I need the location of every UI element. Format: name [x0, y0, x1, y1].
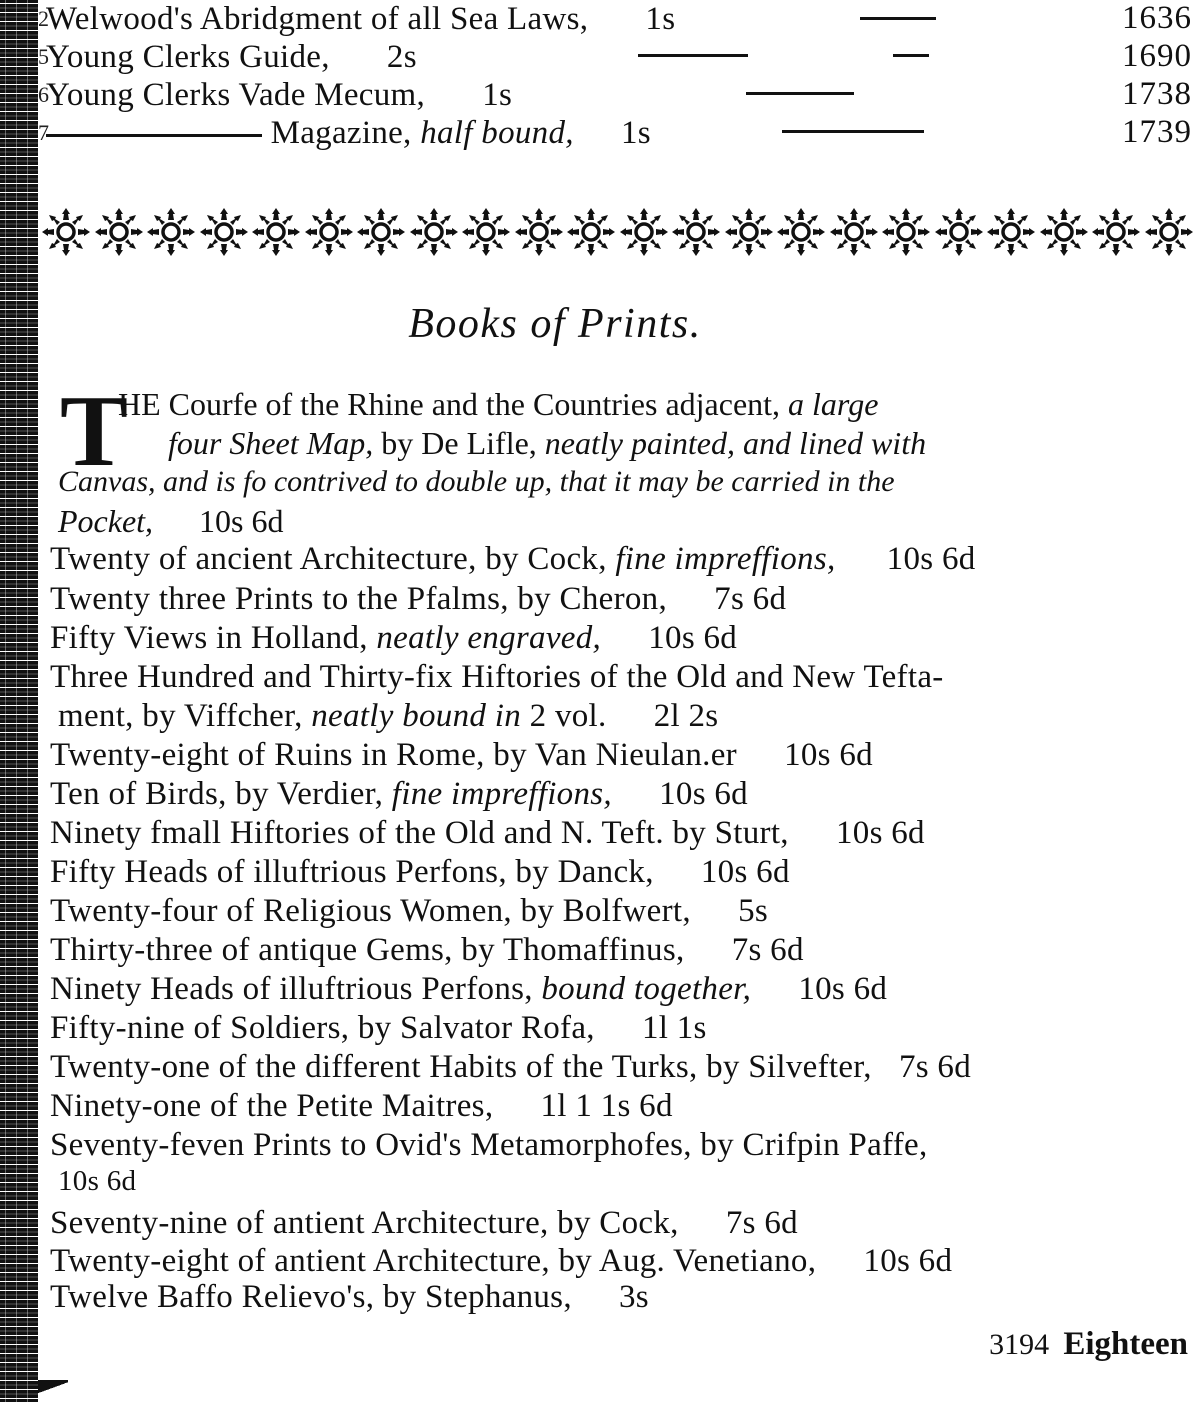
entry-text: Twenty-four of Religious Women, by Bolfw…	[50, 893, 691, 929]
entry-text: Fifty Views in Holland,	[50, 620, 368, 656]
entry-note: neatly engraved,	[376, 620, 601, 656]
item-title: Young Clerks Guide,	[46, 39, 330, 75]
item-price: 2s	[387, 39, 417, 75]
item-price: 1s	[645, 1, 675, 37]
entry-note: fine impreffions,	[615, 541, 835, 577]
entry-price: 10s 6d	[798, 971, 887, 1007]
entry-text: 2 vol.	[530, 698, 607, 734]
entry-price: 5s	[738, 893, 768, 929]
item-note: half bound,	[420, 115, 574, 151]
entry-price: 10s 6d	[659, 776, 748, 812]
flower-ornament-icon	[1143, 206, 1195, 258]
section-heading: Books of Prints.	[0, 300, 1110, 348]
catalog-entry: Fifty Heads of illuftrious Perfons, by D…	[50, 853, 790, 891]
entry-text: Seventy-feven Prints to Ovid's Metamorph…	[50, 1127, 928, 1163]
book-spine-gutter	[0, 0, 38, 1402]
entry-text: Three Hundred and Thirty-fix Hiftories o…	[50, 659, 944, 695]
item-year: 1636	[1122, 0, 1192, 37]
catalog-entry: Twenty three Prints to the Pfalms, by Ch…	[50, 580, 786, 618]
entry-note: fine impreffions,	[392, 776, 612, 812]
entry-price: 7s 6d	[899, 1049, 971, 1085]
entry-note: a large	[788, 386, 878, 422]
flower-ornament-icon	[828, 206, 880, 258]
flower-ornament-icon	[145, 206, 197, 258]
entry-text: Fifty Heads of illuftrious Perfons, by D…	[50, 854, 654, 890]
entry-price: 10s 6d	[887, 541, 976, 577]
flower-ornament-icon	[933, 206, 985, 258]
flower-ornament-icon	[1090, 206, 1142, 258]
list-item: Young Clerks Vade Mecum, 1s	[46, 76, 512, 114]
flower-ornament-icon	[670, 206, 722, 258]
catalog-entry: Twenty-eight of Ruins in Rome, by Van Ni…	[50, 736, 873, 774]
entry-text: Ten of Birds, by Verdier,	[50, 776, 383, 812]
flower-ornament-icon	[460, 206, 512, 258]
flower-ornament-icon	[408, 206, 460, 258]
catalog-entry: Thirty-three of antique Gems, by Thomaff…	[50, 931, 804, 969]
list-item: Welwood's Abridgment of all Sea Laws, 1s	[46, 0, 675, 38]
catalog-entry: Seventy-feven Prints to Ovid's Metamorph…	[50, 1126, 928, 1164]
item-title: Magazine,	[271, 115, 412, 151]
entry-text: HE Courfe of the Rhine and the Countries…	[118, 386, 780, 422]
signature-number: 3194	[989, 1328, 1049, 1361]
flower-ornament-icon	[985, 206, 1037, 258]
entry-note: four Sheet Map,	[168, 425, 373, 461]
entry-note: neatly painted, and lined with	[545, 425, 926, 461]
entry-text: Ninety Heads of illuftrious Perfons,	[50, 971, 533, 1007]
catalog-entry: Seventy-nine of antient Architecture, by…	[50, 1204, 798, 1242]
catalog-entry: Twenty-four of Religious Women, by Bolfw…	[50, 892, 768, 930]
page-catchword: 3194 Eighteen	[989, 1326, 1188, 1363]
entry-note: bound together,	[541, 971, 751, 1007]
entry-text: Twenty-eight of Ruins in Rome, by Van Ni…	[50, 737, 737, 773]
entry-text: Twenty-one of the different Habits of th…	[50, 1049, 872, 1085]
entry-text: Twelve Baffo Relievo's, by Stephanus,	[50, 1279, 572, 1315]
flower-ornament-icon	[93, 206, 145, 258]
flower-ornament-icon	[775, 206, 827, 258]
entry-price: 10s 6d	[199, 503, 283, 539]
flower-ornament-icon	[880, 206, 932, 258]
item-title: Welwood's Abridgment of all Sea Laws,	[46, 1, 588, 37]
entry-price: 10s 6d	[701, 854, 790, 890]
item-year: 1738	[1122, 76, 1192, 113]
entry-price: 7s 6d	[714, 581, 786, 617]
flower-ornament-icon	[303, 206, 355, 258]
entry-price: 3s	[619, 1279, 649, 1315]
entry-price: 10s 6d	[836, 815, 925, 851]
catalog-entry: Three Hundred and Thirty-fix Hiftories o…	[50, 658, 944, 696]
flower-ornament-icon	[250, 206, 302, 258]
entry-line: four Sheet Map, by De Lifle, neatly pain…	[168, 424, 926, 462]
entry-text: Thirty-three of antique Gems, by Thomaff…	[50, 932, 685, 968]
flower-ornament-icon	[40, 206, 92, 258]
catalog-entry-continued: ment, by Viffcher, neatly bound in 2 vol…	[58, 697, 718, 735]
flower-ornament-icon	[1038, 206, 1090, 258]
entry-note: Pocket,	[58, 503, 153, 539]
entry-text: Ninety fmall Hiftories of the Old and N.…	[50, 815, 789, 851]
item-title: Young Clerks Vade Mecum,	[46, 77, 425, 113]
flower-ornament-icon	[618, 206, 670, 258]
list-item: Magazine, half bound, 1s	[46, 114, 651, 152]
ditto-dash	[860, 17, 936, 20]
entry-text: Twenty of ancient Architecture, by Cock,	[50, 541, 607, 577]
ditto-dash	[46, 134, 262, 137]
entry-note: neatly bound in	[311, 698, 521, 734]
catalog-entry: Ninety Heads of illuftrious Perfons, bou…	[50, 970, 887, 1008]
ditto-dash	[782, 130, 924, 133]
flower-ornament-icon	[723, 206, 775, 258]
entry-price: 2l 2s	[654, 698, 719, 734]
entry-line: Pocket, 10s 6d	[58, 502, 284, 540]
flower-ornament-icon	[198, 206, 250, 258]
catalog-entry: Fifty Views in Holland, neatly engraved,…	[50, 619, 737, 657]
list-item: Young Clerks Guide, 2s	[46, 38, 417, 76]
flower-ornament-icon	[513, 206, 565, 258]
catalog-entry: Twelve Baffo Relievo's, by Stephanus, 3s	[50, 1278, 649, 1316]
catalog-entry: Twenty of ancient Architecture, by Cock,…	[50, 540, 976, 578]
entry-text: Fifty-nine of Soldiers, by Salvator Rofa…	[50, 1010, 595, 1046]
catalog-entry: Fifty-nine of Soldiers, by Salvator Rofa…	[50, 1009, 707, 1047]
entry-text: Twenty-eight of antient Architecture, by…	[50, 1243, 816, 1279]
entry-line: HE Courfe of the Rhine and the Countries…	[118, 385, 878, 423]
entry-price: 7s 6d	[732, 932, 804, 968]
catch-word: Eighteen	[1063, 1326, 1188, 1362]
item-price: 1s	[621, 115, 651, 151]
item-year: 1739	[1122, 114, 1192, 151]
catalog-entry-continued: 10s 6d	[58, 1162, 136, 1200]
catalog-entry: Twenty-one of the different Habits of th…	[50, 1048, 971, 1086]
decorative-ornament-border	[40, 204, 1190, 260]
entry-price: 1l 1 1s 6d	[541, 1088, 673, 1124]
spine-foot-shadow	[38, 1380, 68, 1402]
entry-text: Ninety-one of the Petite Maitres,	[50, 1088, 493, 1124]
entry-price: 10s 6d	[784, 737, 873, 773]
entry-line: Canvas, and is fo contrived to double up…	[58, 463, 895, 501]
item-year: 1690	[1122, 38, 1192, 75]
catalog-entry: Ninety fmall Hiftories of the Old and N.…	[50, 814, 925, 852]
entry-text: ment, by Viffcher,	[58, 698, 303, 734]
item-price: 1s	[482, 77, 512, 113]
entry-price: 10s 6d	[863, 1243, 952, 1279]
ditto-dash	[638, 54, 748, 57]
entry-text: Seventy-nine of antient Architecture, by…	[50, 1205, 679, 1241]
catalog-entry: Twenty-eight of antient Architecture, by…	[50, 1242, 952, 1280]
catalog-entry: Ten of Birds, by Verdier, fine impreffio…	[50, 775, 748, 813]
ditto-dash	[746, 92, 854, 95]
flower-ornament-icon	[565, 206, 617, 258]
ditto-dash	[893, 54, 929, 57]
flower-ornament-icon	[355, 206, 407, 258]
entry-price: 10s 6d	[648, 620, 737, 656]
entry-text: Twenty three Prints to the Pfalms, by Ch…	[50, 581, 667, 617]
catalog-entry: Ninety-one of the Petite Maitres, 1l 1 1…	[50, 1087, 673, 1125]
entry-price: 7s 6d	[726, 1205, 798, 1241]
entry-price: 10s 6d	[58, 1165, 136, 1197]
entry-text: by De Lifle,	[381, 425, 537, 461]
entry-price: 1l 1s	[642, 1010, 707, 1046]
